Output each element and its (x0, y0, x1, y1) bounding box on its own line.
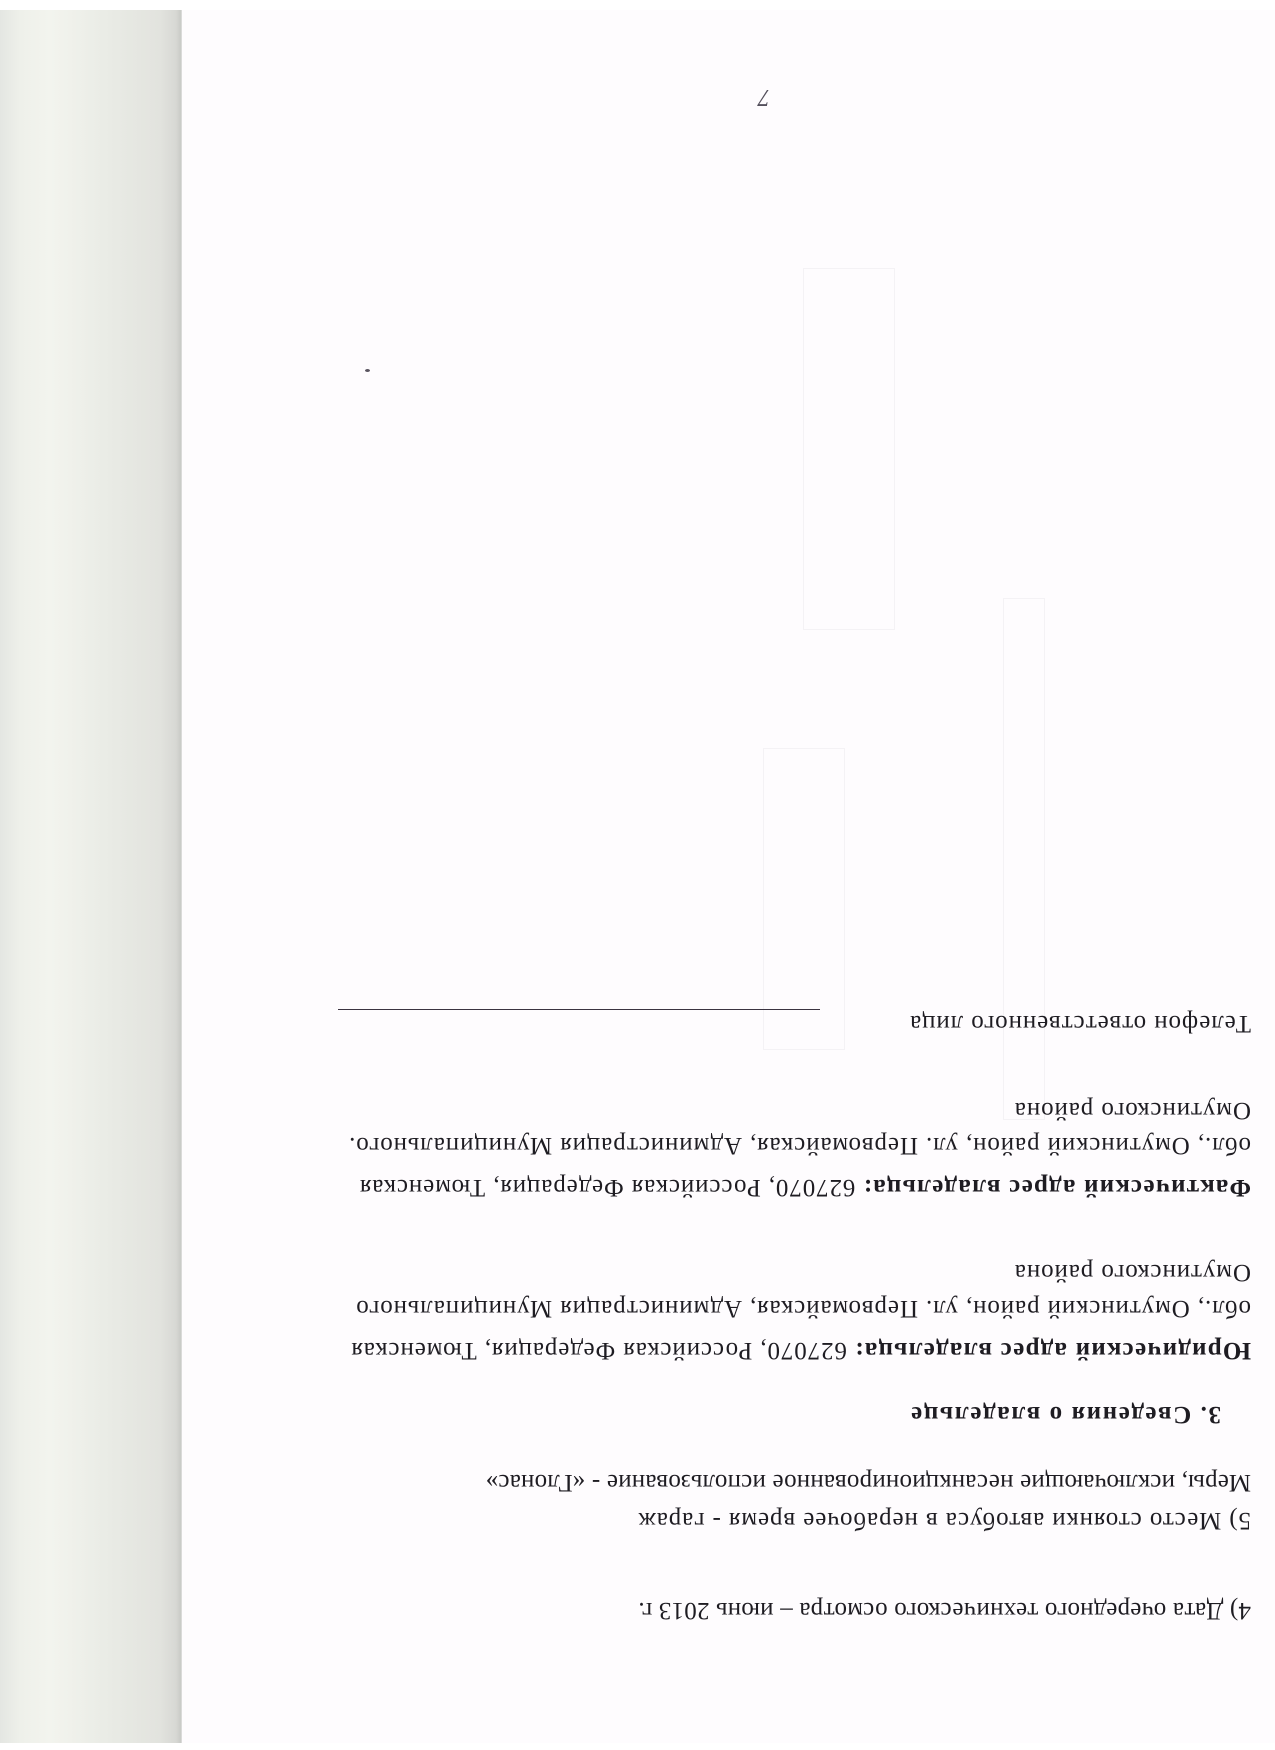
section-3-heading: 3. Сведения о владельце (910, 1399, 1221, 1429)
legal-address-line-1: Юридический адрес владельца: 627070, Рос… (350, 1335, 1251, 1365)
actual-address-line-2: обл., Омутинский район, ул. Первомайская… (348, 1130, 1251, 1160)
actual-address-line-3: Омутинского района (1014, 1095, 1251, 1125)
item-5-anti-theft-measures: Меры, исключающие несанкционированное ис… (486, 1467, 1251, 1497)
page-number: 7 (758, 83, 770, 110)
show-through-box (1003, 598, 1045, 1120)
show-through-box (803, 268, 895, 630)
phone-label: Телефон ответственного лица (909, 1008, 1251, 1038)
scan-speck (365, 369, 370, 372)
actual-address-label: Фактический адрес владельца: (863, 1174, 1251, 1201)
show-through-box (763, 748, 845, 1050)
item-5-parking-place: 5) Место стоянки автобуса в нерабочее вр… (638, 1505, 1251, 1535)
actual-address-line-1: Фактический адрес владельца: 627070, Рос… (359, 1172, 1251, 1202)
item-4-inspection-date: 4) Дата очередного технического осмотра … (638, 1595, 1251, 1625)
legal-address-line-3: Омутинского района (1014, 1257, 1251, 1287)
scanned-page: 7 4) Дата очередного технического осмотр… (0, 0, 1275, 1750)
actual-address-value: 627070, Российская Федерация, Тюменская (359, 1174, 863, 1201)
legal-address-line-2: обл., Омутинский район, ул. Первомайская… (355, 1293, 1251, 1323)
legal-address-label: Юридический адрес владельца: (854, 1337, 1251, 1364)
phone-fill-line (338, 1009, 820, 1010)
document-page-rotated: 7 4) Дата очередного технического осмотр… (0, 0, 1275, 1750)
legal-address-value: 627070, Российская Федерация, Тюменская (350, 1337, 854, 1364)
